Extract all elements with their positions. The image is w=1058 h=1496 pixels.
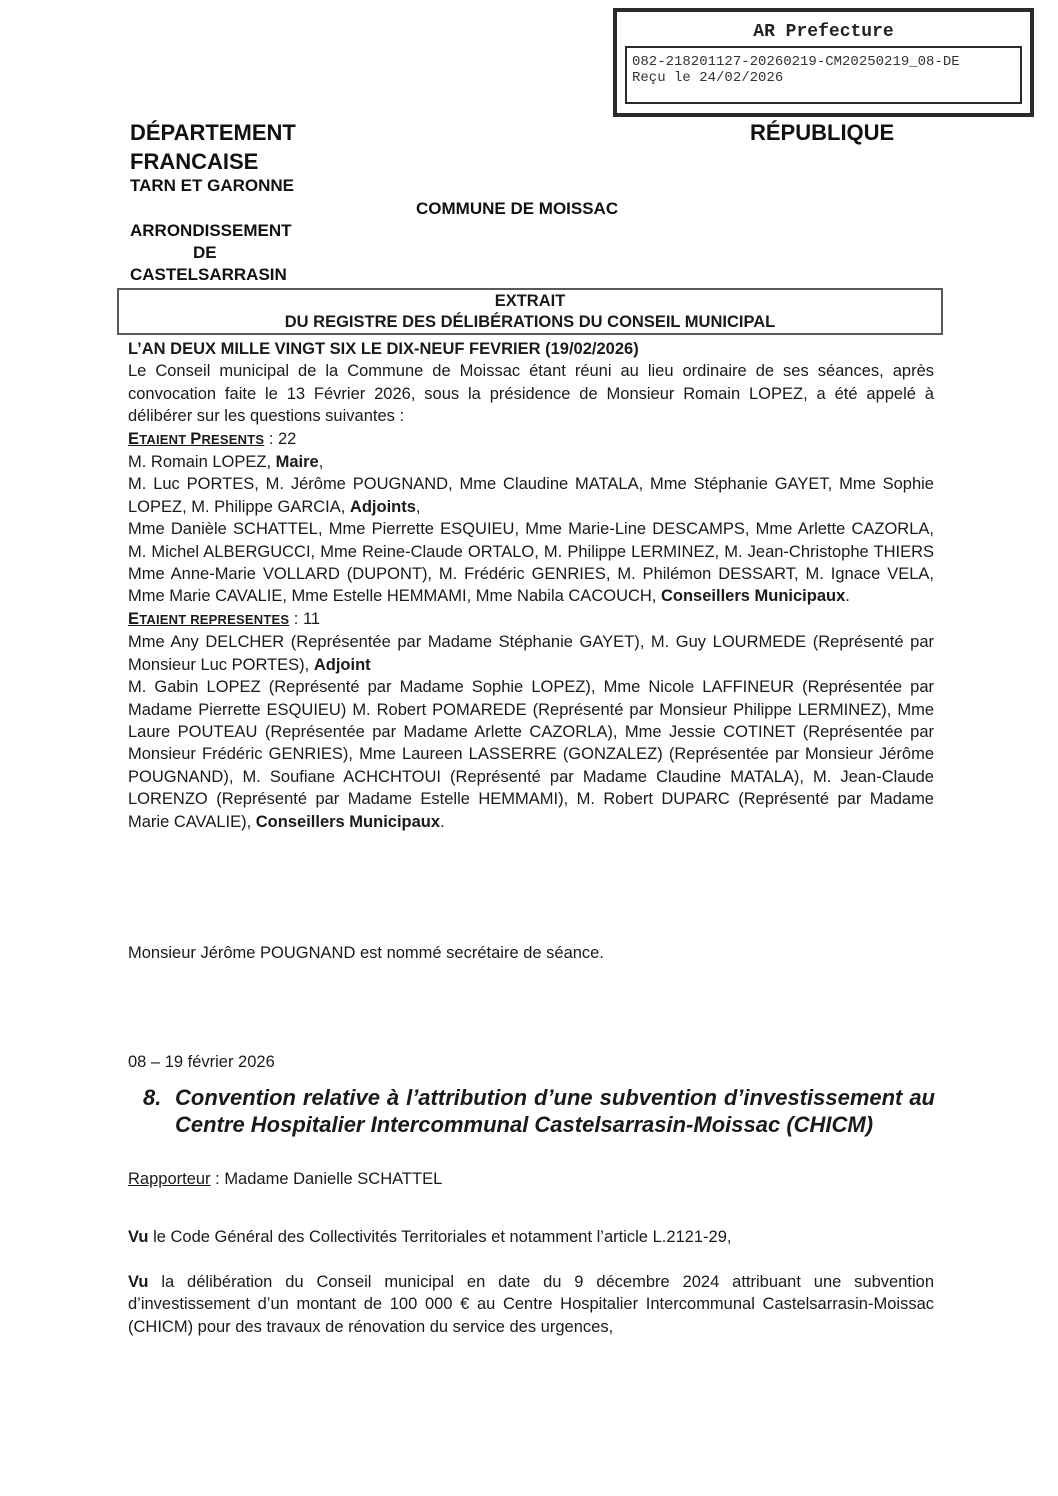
extrait-title-box: EXTRAIT DU REGISTRE DES DÉLIBÉRATIONS DU…: [117, 288, 943, 335]
stamp-received-date: Reçu le 24/02/2026: [632, 70, 1020, 86]
represented-heading: ETAIENT REPRESENTES : 11: [128, 608, 934, 631]
item-title-text: Convention relative à l’attribution d’un…: [175, 1084, 935, 1138]
rapporteur-value: : Madame Danielle SCHATTEL: [211, 1170, 443, 1188]
session-date-heading: L’AN DEUX MILLE VINGT SIX LE DIX-NEUF FE…: [128, 338, 934, 360]
consideration-1: Vu le Code Général des Collectivités Ter…: [128, 1228, 934, 1247]
department-heading: DÉPARTEMENT FRANCAISE: [130, 118, 296, 176]
presents-conseillers: Mme Danièle SCHATTEL, Mme Pierrette ESQU…: [128, 518, 934, 608]
arrondissement-line2: DE: [130, 242, 292, 264]
presents-count: : 22: [264, 430, 296, 448]
arrondissement-line1: ARRONDISSEMENT: [130, 220, 292, 242]
republique-heading: RÉPUBLIQUE: [750, 118, 894, 147]
stamp-reference: 082-218201127-20260219-CM20250219_08-DE: [632, 54, 1020, 70]
extrait-line1: EXTRAIT: [119, 291, 941, 312]
item-title: 8. Convention relative à l’attribution d…: [143, 1084, 935, 1138]
arrondissement-line3: CASTELSARRASIN: [130, 264, 292, 286]
session-body: L’AN DEUX MILLE VINGT SIX LE DIX-NEUF FE…: [128, 338, 934, 833]
rapporteur-label: Rapporteur: [128, 1170, 211, 1188]
department-line1: DÉPARTEMENT: [130, 118, 296, 147]
item-number: 8.: [143, 1084, 175, 1138]
presents-adjoints: M. Luc PORTES, M. Jérôme POUGNAND, Mme C…: [128, 473, 934, 518]
item-date-line: 08 – 19 février 2026: [128, 1053, 275, 1072]
department-name: TARN ET GARONNE: [130, 176, 294, 196]
presents-maire: M. Romain LOPEZ, Maire,: [128, 451, 934, 473]
presents-label: ETAIENT PRESENTS: [128, 432, 264, 447]
represented-conseillers: M. Gabin LOPEZ (Représenté par Madame So…: [128, 676, 934, 833]
secretaire-line: Monsieur Jérôme POUGNAND est nommé secré…: [128, 944, 604, 963]
represented-adjoints: Mme Any DELCHER (Représentée par Madame …: [128, 631, 934, 676]
extrait-line2: DU REGISTRE DES DÉLIBÉRATIONS DU CONSEIL…: [119, 312, 941, 333]
rapporteur-line: Rapporteur : Madame Danielle SCHATTEL: [128, 1170, 442, 1189]
ar-prefecture-stamp: AR Prefecture 082-218201127-20260219-CM2…: [613, 8, 1034, 117]
commune-name: COMMUNE DE MOISSAC: [416, 199, 618, 219]
represented-count: : 11: [289, 610, 320, 628]
session-intro: Le Conseil municipal de la Commune de Mo…: [128, 360, 934, 427]
department-line2: FRANCAISE: [130, 147, 296, 176]
stamp-details: 082-218201127-20260219-CM20250219_08-DE …: [625, 46, 1022, 104]
consideration-2: Vu la délibération du Conseil municipal …: [128, 1271, 934, 1338]
stamp-title: AR Prefecture: [617, 22, 1030, 42]
presents-heading: ETAIENT PRESENTS : 22: [128, 428, 934, 451]
represented-label: ETAIENT REPRESENTES: [128, 612, 289, 627]
arrondissement: ARRONDISSEMENT DE CASTELSARRASIN: [130, 220, 292, 286]
